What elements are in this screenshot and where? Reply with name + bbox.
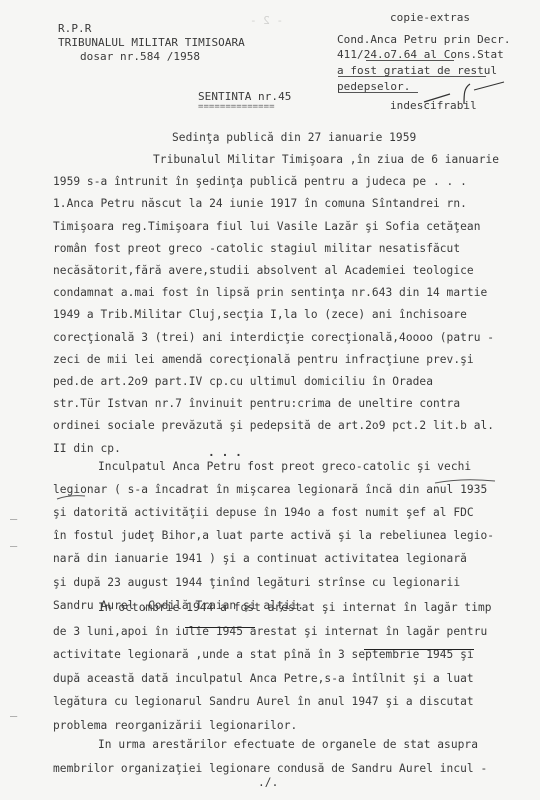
text-line: legătura cu legionarul Sandru Aurel în a… (53, 695, 474, 708)
text-line: condamnat a.mai fost în lipsă prin senti… (53, 286, 487, 299)
file-number: dosar nr.584 /1958 (80, 50, 200, 63)
margin-mark: _ (10, 506, 17, 520)
text-line: In urma arestărilor efectuate de organel… (98, 738, 478, 751)
text-line: str.Tür Istvan nr.7 învinuit pentru:crim… (53, 397, 460, 410)
text-line: problema reorganizării legionarilor. (53, 719, 297, 732)
session-line: Sedinţa publică din 27 ianuarie 1959 (172, 131, 416, 144)
continuation-mark: ./. (258, 776, 278, 789)
text-line: membrilor organizaţiei legionare condusă… (53, 762, 487, 775)
text-line: nară din ianuarie 1941 ) şi a continuat … (53, 552, 467, 565)
court-heading: TRIBUNALUL MILITAR TIMISOARA (58, 36, 245, 49)
text-line: zeci de mii lei amendă corecţională pent… (53, 353, 474, 366)
underline-sept-1945 (364, 649, 474, 650)
underline-july-1945 (185, 627, 255, 628)
handwritten-marks-icon (55, 465, 525, 505)
margin-mark: _ (10, 533, 17, 547)
copy-note: copie-extras (390, 11, 470, 24)
annotation-underline-3 (338, 92, 418, 93)
text-line: în fostul judeţ Bihor,a luat parte activ… (53, 529, 494, 542)
annotation-underline-2 (338, 76, 486, 77)
text-line: şi datorită activităţii depuse în 194o a… (53, 506, 474, 519)
text-line: de 3 luni,apoi în iulie 1945 arestat şi … (53, 625, 487, 638)
margin-mark: _ (10, 703, 17, 717)
state-heading: R.P.R (58, 22, 91, 35)
text-line: după această dată inculpatul Anca Petre,… (53, 672, 474, 685)
text-line: II din cp. (53, 442, 121, 455)
text-line: Tribunalul Militar Timişoara ,în ziua de… (153, 153, 499, 166)
text-line: 1959 s-a întrunit în şedinţa publică pen… (53, 175, 467, 188)
text-line: necăsătorit,fără avere,studii absolvent … (53, 264, 474, 277)
bleed-through-page-number: - 2 - (250, 14, 283, 27)
text-line: 1.Anca Petru născut la 24 iunie 1917 în … (53, 197, 467, 210)
annotation-underline-1 (366, 60, 454, 61)
text-line: şi după 23 august 1944 ţinînd legături s… (53, 576, 460, 589)
text-line: In octombrie 1944 a fost arestat şi inte… (98, 601, 492, 614)
text-line: 1949 a Trib.Militar Cluj,secţia I,la lo … (53, 308, 467, 321)
annotation-line-1: Cond.Anca Petru prin Decr. (337, 33, 511, 46)
document-page: - 2 - R.P.R TRIBUNALUL MILITAR TIMISOARA… (0, 0, 540, 800)
text-line: român fost preot greco -catolic stagiul … (53, 242, 460, 255)
text-line: ordinei sociale prevăzută şi pedepsită d… (53, 419, 494, 432)
text-line: Timişoara reg.Timişoara fiul lui Vasile … (53, 220, 480, 233)
text-line: corecţională 3 (trei) ani interdicţie co… (53, 331, 494, 344)
signature-note: indescifrabil (390, 99, 477, 112)
section-ellipsis: . . . (208, 446, 242, 459)
title-double-rule: ============== (198, 102, 275, 112)
text-line: ped.de art.2o9 part.IV cp.cu ultimul dom… (53, 375, 433, 388)
